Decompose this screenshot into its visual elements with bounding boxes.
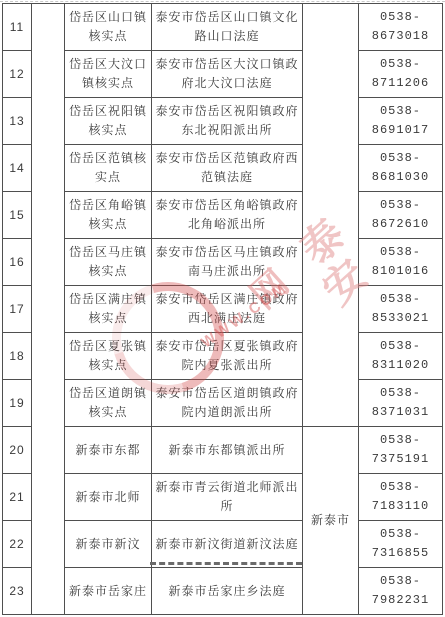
stitch-dashed-line — [150, 562, 302, 565]
phone-cell: 0538-7375191 — [359, 427, 443, 474]
row-number-cell: 20 — [3, 427, 32, 474]
site-name-cell: 新泰市岳家庄 — [65, 568, 152, 615]
phone-cell: 0538-8672610 — [359, 192, 443, 239]
phone-cell: 0538-8371031 — [359, 380, 443, 427]
phone-cell: 0538-8681030 — [359, 145, 443, 192]
site-name-cell: 岱岳区夏张镇核实点 — [65, 333, 152, 380]
address-cell: 泰安市岱岳区大汶口镇政府北大汶口法庭 — [152, 51, 303, 98]
row-number-cell: 13 — [3, 98, 32, 145]
site-name-cell: 新泰市东都 — [65, 427, 152, 474]
site-name-cell: 岱岳区祝阳镇核实点 — [65, 98, 152, 145]
address-cell: 泰安市岱岳区山口镇文化路山口法庭 — [152, 4, 303, 51]
table-row: 19 岱岳区道朗镇核实点 泰安市岱岳区道朗镇政府院内道朗派出所 0538-837… — [3, 380, 443, 427]
site-name-cell: 岱岳区山口镇核实点 — [65, 4, 152, 51]
row-number-cell: 16 — [3, 239, 32, 286]
table-row: 16 岱岳区马庄镇核实点 泰安市岱岳区马庄镇政府南马庄派出所 0538-8101… — [3, 239, 443, 286]
site-name-cell: 岱岳区大汶口镇核实点 — [65, 51, 152, 98]
phone-cell: 0538-7316855 — [359, 521, 443, 568]
address-cell: 泰安市岱岳区范镇政府西范镇法庭 — [152, 145, 303, 192]
site-name-cell: 新泰市新汶 — [65, 521, 152, 568]
site-name-cell: 岱岳区角峪镇核实点 — [65, 192, 152, 239]
site-name-cell: 岱岳区范镇核实点 — [65, 145, 152, 192]
address-cell: 新泰市青云街道北师派出所 — [152, 474, 303, 521]
address-cell: 泰安市岱岳区道朗镇政府院内道朗派出所 — [152, 380, 303, 427]
table-row: 13 岱岳区祝阳镇核实点 泰安市岱岳区祝阳镇政府东北祝阳派出所 0538-869… — [3, 98, 443, 145]
phone-cell: 0538-8691017 — [359, 98, 443, 145]
previous-row-border-artifact — [0, 1, 445, 2]
address-cell: 泰安市岱岳区满庄镇政府西北满庄法庭 — [152, 286, 303, 333]
site-name-cell: 岱岳区满庄镇核实点 — [65, 286, 152, 333]
spacer-cell — [32, 4, 65, 615]
address-cell: 新泰市东都镇派出所 — [152, 427, 303, 474]
address-cell: 泰安市岱岳区祝阳镇政府东北祝阳派出所 — [152, 98, 303, 145]
phone-cell: 0538-8533021 — [359, 286, 443, 333]
row-number-cell: 19 — [3, 380, 32, 427]
row-number-cell: 22 — [3, 521, 32, 568]
row-number-cell: 14 — [3, 145, 32, 192]
row-number-cell: 21 — [3, 474, 32, 521]
row-number-cell: 15 — [3, 192, 32, 239]
phone-cell: 0538-8311020 — [359, 333, 443, 380]
region-cell: 新泰市 — [303, 427, 359, 615]
phone-cell: 0538-8101016 — [359, 239, 443, 286]
site-name-cell: 新泰市北师 — [65, 474, 152, 521]
site-name-cell: 岱岳区道朗镇核实点 — [65, 380, 152, 427]
row-number-cell: 18 — [3, 333, 32, 380]
table-row: 11 岱岳区山口镇核实点 泰安市岱岳区山口镇文化路山口法庭 0538-86730… — [3, 4, 443, 51]
table-row: 21 新泰市北师 新泰市青云街道北师派出所 0538-7183110 — [3, 474, 443, 521]
table-row: 20 新泰市东都 新泰市东都镇派出所 新泰市 0538-7375191 — [3, 427, 443, 474]
row-number-cell: 12 — [3, 51, 32, 98]
document-page: 11 岱岳区山口镇核实点 泰安市岱岳区山口镇文化路山口法庭 0538-86730… — [0, 0, 445, 617]
phone-cell: 0538-8673018 — [359, 4, 443, 51]
address-cell: 泰安市岱岳区马庄镇政府南马庄派出所 — [152, 239, 303, 286]
table-row: 12 岱岳区大汶口镇核实点 泰安市岱岳区大汶口镇政府北大汶口法庭 0538-87… — [3, 51, 443, 98]
region-cell — [303, 4, 359, 427]
address-cell: 泰安市岱岳区夏张镇政府院内夏张派出所 — [152, 333, 303, 380]
table-row: 18 岱岳区夏张镇核实点 泰安市岱岳区夏张镇政府院内夏张派出所 0538-831… — [3, 333, 443, 380]
address-cell: 泰安市岱岳区角峪镇政府北角峪派出所 — [152, 192, 303, 239]
row-number-cell: 17 — [3, 286, 32, 333]
phone-cell: 0538-7982231 — [359, 568, 443, 615]
phone-cell: 0538-7183110 — [359, 474, 443, 521]
table-row: 14 岱岳区范镇核实点 泰安市岱岳区范镇政府西范镇法庭 0538-8681030 — [3, 145, 443, 192]
table-row: 15 岱岳区角峪镇核实点 泰安市岱岳区角峪镇政府北角峪派出所 0538-8672… — [3, 192, 443, 239]
table-row: 17 岱岳区满庄镇核实点 泰安市岱岳区满庄镇政府西北满庄法庭 0538-8533… — [3, 286, 443, 333]
phone-cell: 0538-8711206 — [359, 51, 443, 98]
table-row: 23 新泰市岳家庄 新泰市岳家庄乡法庭 0538-7982231 — [3, 568, 443, 615]
row-number-cell: 11 — [3, 4, 32, 51]
verification-points-table: 11 岱岳区山口镇核实点 泰安市岱岳区山口镇文化路山口法庭 0538-86730… — [2, 3, 443, 615]
address-cell: 新泰市岳家庄乡法庭 — [152, 568, 303, 615]
site-name-cell: 岱岳区马庄镇核实点 — [65, 239, 152, 286]
row-number-cell: 23 — [3, 568, 32, 615]
